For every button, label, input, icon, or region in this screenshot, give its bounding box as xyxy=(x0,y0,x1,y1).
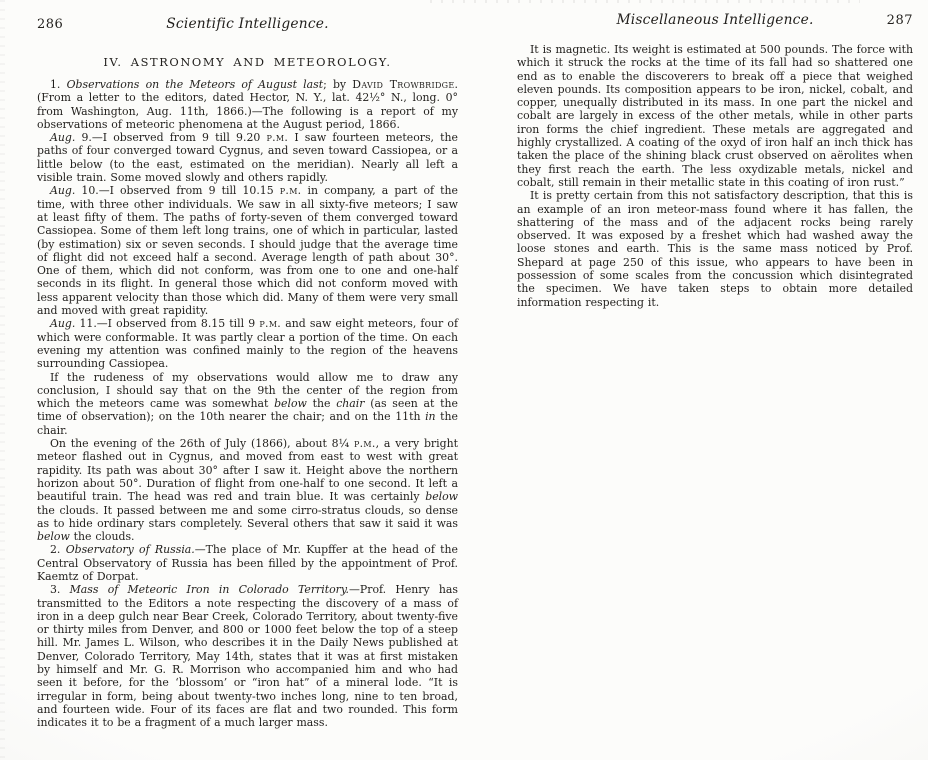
section-heading: IV. ASTRONOMY AND METEOROLOGY. xyxy=(37,55,458,69)
text-run: It is magnetic. Its weight is estimated … xyxy=(517,43,913,189)
page-left-body: 1. Observations on the Meteors of August… xyxy=(37,78,458,730)
paragraph: Aug. 11.—I observed from 8.15 till 9 p.m… xyxy=(37,317,458,370)
italic-text: chair xyxy=(336,397,364,410)
italic-text: Observatory of Russia. xyxy=(66,543,195,556)
page-right: Miscellaneous Intelligence. 287 It is ma… xyxy=(517,12,913,309)
page-right-body: It is magnetic. Its weight is estimated … xyxy=(517,43,913,309)
running-head-right: Miscellaneous Intelligence. xyxy=(563,12,867,28)
page-number-right: 287 xyxy=(867,13,913,28)
text-run: the xyxy=(307,397,336,410)
text-run: the clouds. xyxy=(70,530,135,543)
paragraph: 1. Observations on the Meteors of August… xyxy=(37,78,458,131)
italic-text: Aug. xyxy=(50,131,75,144)
page-number-left: 286 xyxy=(37,17,83,32)
text-run: ; by xyxy=(323,78,352,91)
italic-text: Aug. xyxy=(50,317,75,330)
paragraph: It is pretty certain from this not satis… xyxy=(517,189,913,309)
smallcaps-text: David Trowbridge xyxy=(352,78,454,91)
scan-edge-noise xyxy=(430,0,860,3)
paragraph: Aug. 10.—I observed from 9 till 10.15 p.… xyxy=(37,184,458,317)
italic-text: below xyxy=(274,397,307,410)
smallcaps-text: p.m. xyxy=(259,317,281,330)
smallcaps-text: p.m. xyxy=(280,184,302,197)
page-left-running-header: 286 Scientific Intelligence. xyxy=(37,16,458,32)
text-run: It is pretty certain from this not satis… xyxy=(517,189,913,308)
text-run: in company, a part of the time, with thr… xyxy=(37,184,458,317)
text-run: 11.—I observed from 8.15 till 9 xyxy=(75,317,259,330)
text-run: 9.—I observed from 9 till 9.20 xyxy=(75,131,266,144)
smallcaps-text: p.m. xyxy=(266,131,288,144)
text-run: the clouds. It passed between me and som… xyxy=(37,504,458,530)
text-run: 2. xyxy=(50,543,66,556)
page-left: 286 Scientific Intelligence. IV. ASTRONO… xyxy=(37,16,458,730)
paragraph: It is magnetic. Its weight is estimated … xyxy=(517,43,913,189)
paragraph: 3. Mass of Meteoric Iron in Colorado Ter… xyxy=(37,583,458,729)
text-run: 3. xyxy=(50,583,70,596)
text-run: 10.—I observed from 9 till 10.15 xyxy=(75,184,279,197)
scan-edge-noise xyxy=(0,0,5,760)
book-scan: 286 Scientific Intelligence. IV. ASTRONO… xyxy=(0,0,928,760)
italic-text: Mass of Meteoric Iron in Colorado Territ… xyxy=(70,583,349,596)
italic-text: below xyxy=(37,530,70,543)
paragraph: On the evening of the 26th of July (1866… xyxy=(37,437,458,543)
smallcaps-text: p.m. xyxy=(354,437,376,450)
paragraph: Aug. 9.—I observed from 9 till 9.20 p.m.… xyxy=(37,131,458,184)
running-head-left: Scientific Intelligence. xyxy=(83,16,412,32)
text-run: On the evening of the 26th of July (1866… xyxy=(50,437,354,450)
text-run: —Prof. Henry has transmitted to the Edit… xyxy=(37,583,458,729)
italic-text: below xyxy=(425,490,458,503)
italic-text: in xyxy=(425,410,436,423)
italic-text: Aug. xyxy=(50,184,75,197)
paragraph: 2. Observatory of Russia.—The place of M… xyxy=(37,543,458,583)
text-run: 1. xyxy=(50,78,67,91)
italic-text: Observations on the Meteors of August la… xyxy=(67,78,324,91)
page-right-running-header: Miscellaneous Intelligence. 287 xyxy=(517,12,913,28)
paragraph: If the rudeness of my observations would… xyxy=(37,371,458,437)
